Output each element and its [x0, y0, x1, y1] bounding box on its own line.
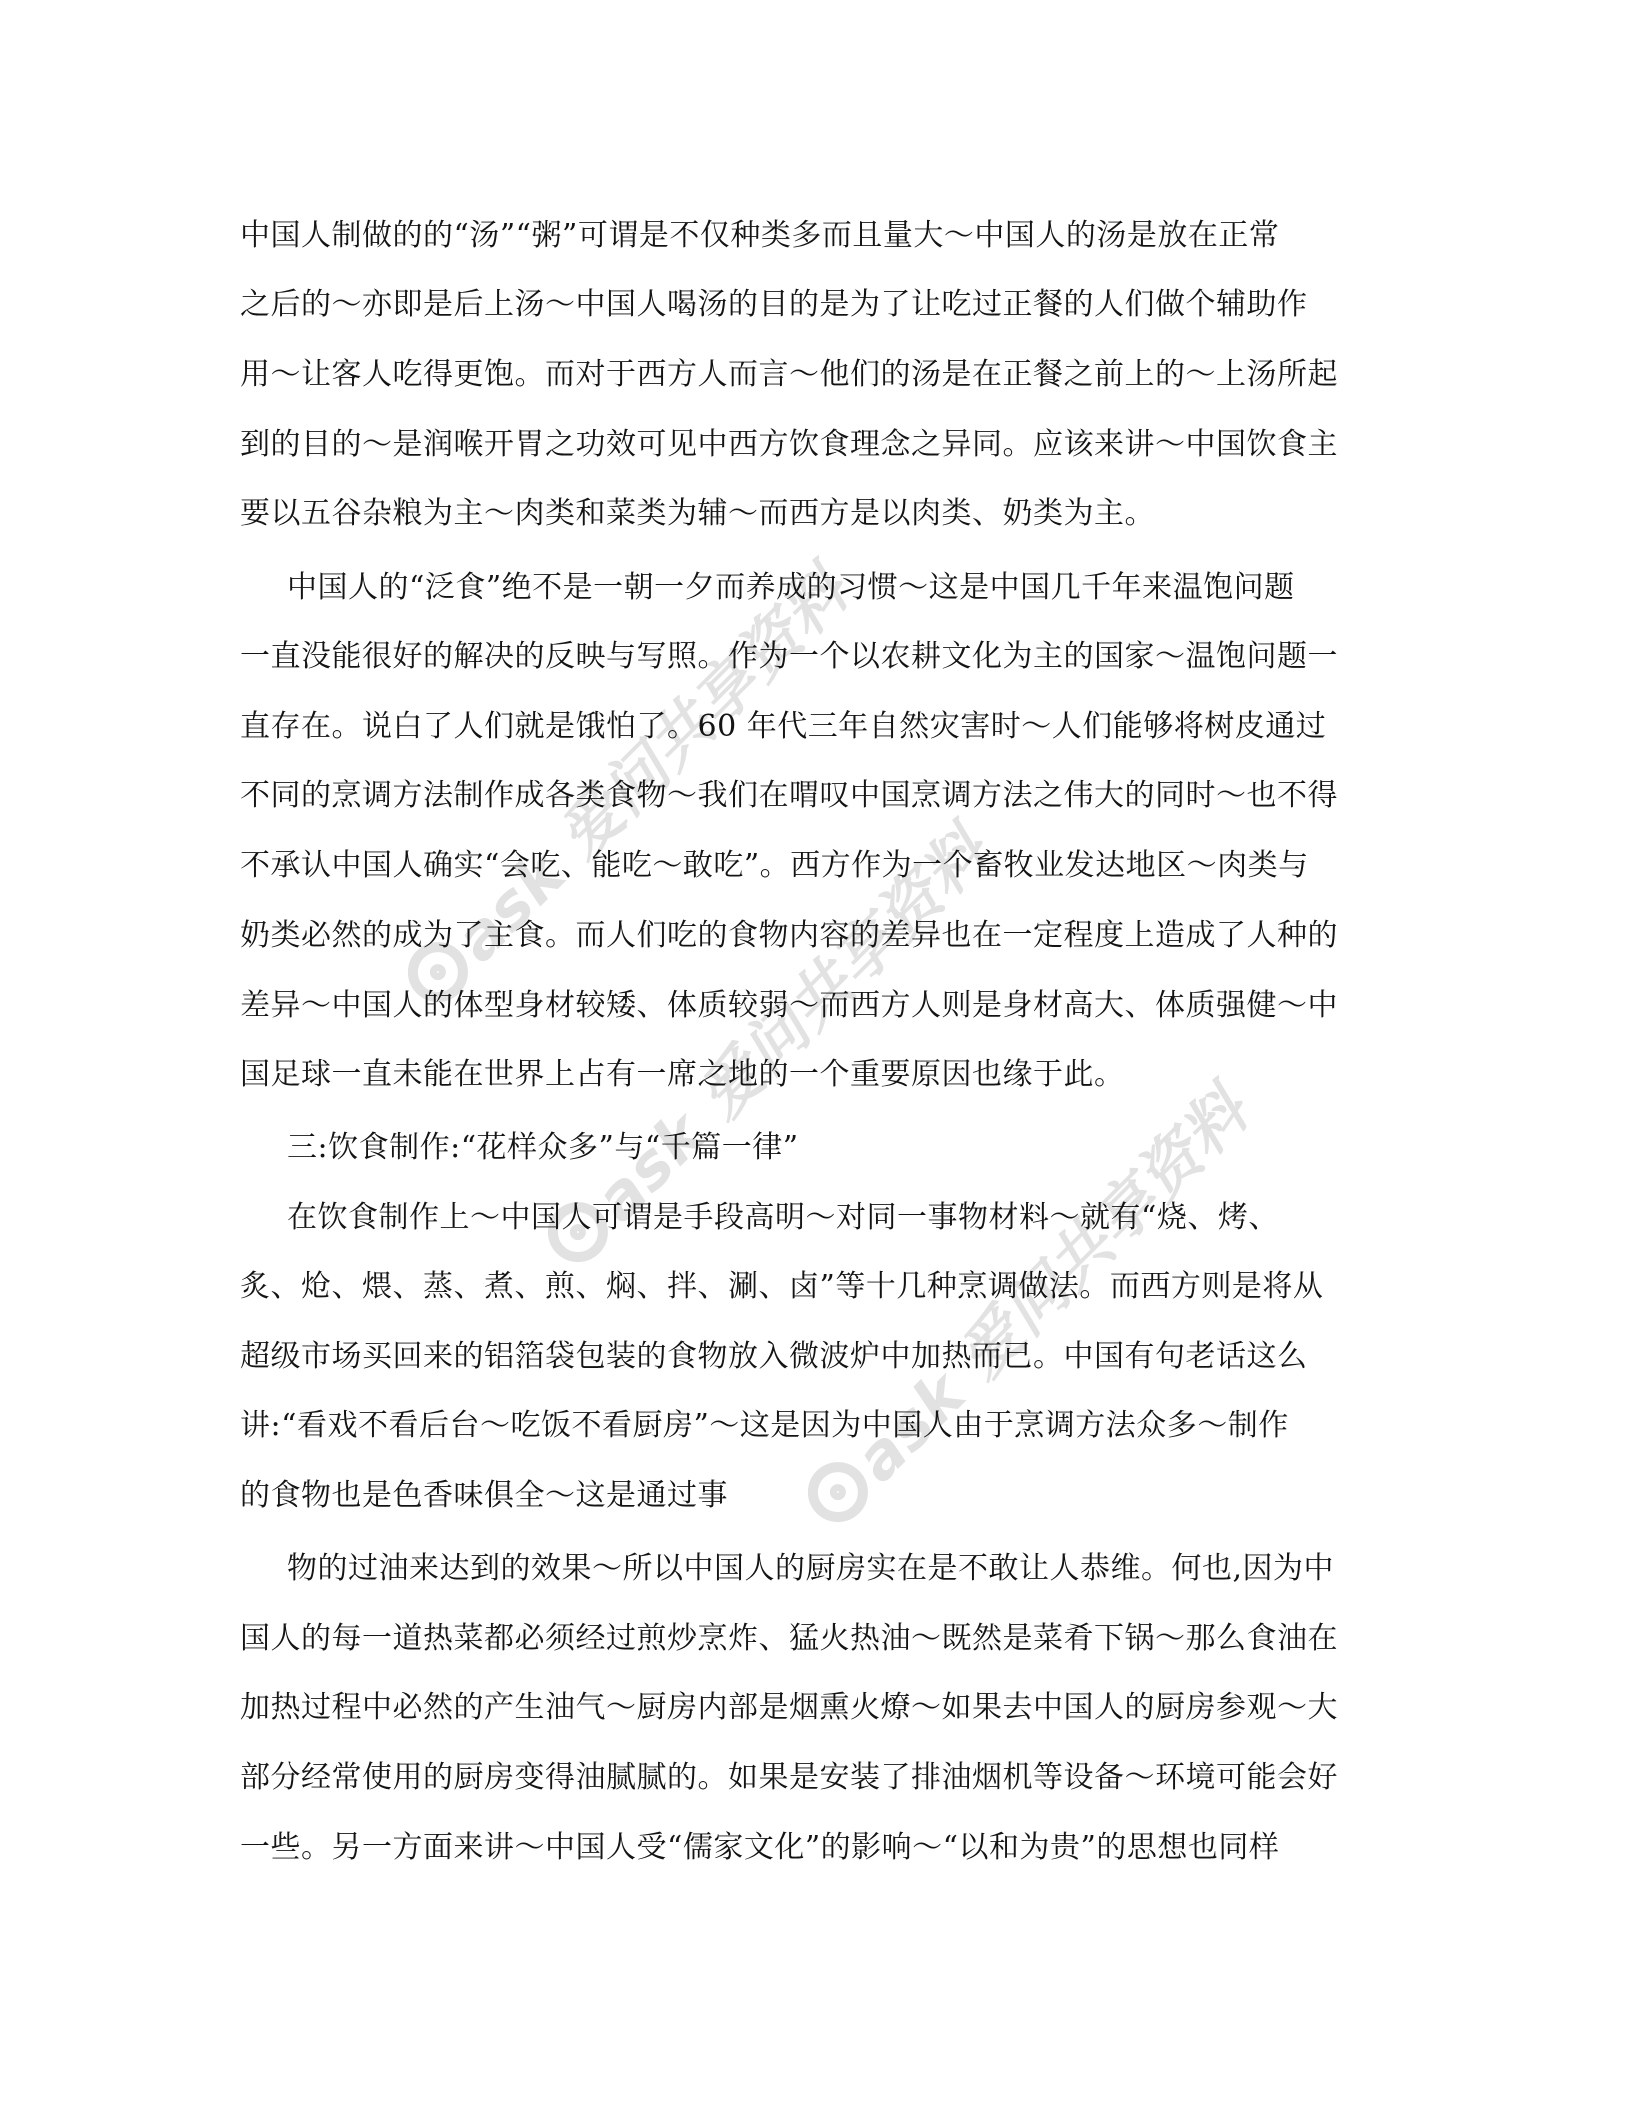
- text-line: 一些。另一方面来讲～中国人受“儒家文化”的影响～“以和为贵”的思想也同样: [240, 1828, 1380, 1868]
- text-line: 一直没能很好的解决的反映与写照。作为一个以农耕文化为主的国家～温饱问题一: [240, 637, 1380, 677]
- text-line: 奶类必然的成为了主食。而人们吃的食物内容的差异也在一定程度上造成了人种的: [240, 916, 1380, 956]
- text-line: 不同的烹调方法制作成各类食物～我们在喟叹中国烹调方法之伟大的同时～也不得: [240, 776, 1380, 816]
- watermark-text: ask 爱问共享资料: [432, 545, 865, 978]
- text-line: 中国人制做的的“汤”“粥”可谓是不仅种类多而且量大～中国人的汤是放在正常: [240, 216, 1380, 256]
- text-line: 部分经常使用的厨房变得油腻腻的。如果是安装了排油烟机等设备～环境可能会好: [240, 1758, 1380, 1798]
- paragraph-first-line: 物的过油来达到的效果～所以中国人的厨房实在是不敢让人恭维。何也,因为中: [287, 1549, 1427, 1589]
- paragraph-first-line: 在饮食制作上～中国人可谓是手段高明～对同一事物材料～就有“烧、烤、: [287, 1198, 1427, 1238]
- text-line: 要以五谷杂粮为主～肉类和菜类为辅～而西方是以肉类、奶类为主。: [240, 494, 1380, 534]
- text-line: 加热过程中必然的产生油气～厨房内部是烟熏火燎～如果去中国人的厨房参观～大: [240, 1688, 1380, 1728]
- text-line: 超级市场买回来的铝箔袋包装的食物放入微波炉中加热而已。中国有句老话这么: [240, 1337, 1380, 1377]
- text-line: 国足球一直未能在世界上占有一席之地的一个重要原因也缘于此。: [240, 1055, 1380, 1095]
- paragraph-first-line: 三:饮食制作:“花样众多”与“千篇一律”: [287, 1128, 1427, 1168]
- text-line: 用～让客人吃得更饱。而对于西方人而言～他们的汤是在正餐之前上的～上汤所起: [240, 355, 1380, 395]
- text-line: 直存在。说白了人们就是饿怕了。60 年代三年自然灾害时～人们能够将树皮通过: [240, 707, 1380, 747]
- document-page: 中国人制做的的“汤”“粥”可谓是不仅种类多而且量大～中国人的汤是放在正常之后的～…: [0, 0, 1632, 2112]
- text-line: 不承认中国人确实“会吃、能吃～敢吃”。西方作为一个畜牧业发达地区～肉类与: [240, 846, 1380, 886]
- text-line: 国人的每一道热菜都必须经过煎炒烹炸、猛火热油～既然是菜肴下锅～那么食油在: [240, 1619, 1380, 1659]
- text-line: 的食物也是色香味俱全～这是通过事: [240, 1476, 1380, 1516]
- text-line: 之后的～亦即是后上汤～中国人喝汤的目的是为了让吃过正餐的人们做个辅助作: [240, 285, 1380, 325]
- text-line: 到的目的～是润喉开胃之功效可见中西方饮食理念之异同。应该来讲～中国饮食主: [240, 425, 1380, 465]
- text-line: 炙、炝、煨、蒸、煮、煎、焖、拌、涮、卤”等十几种烹调做法。而西方则是将从: [240, 1267, 1380, 1307]
- paragraph-first-line: 中国人的“泛食”绝不是一朝一夕而养成的习惯～这是中国几千年来温饱问题: [287, 568, 1427, 608]
- text-line: 差异～中国人的体型身材较矮、体质较弱～而西方人则是身材高大、体质强健～中: [240, 986, 1380, 1026]
- text-line: 讲:“看戏不看后台～吃饭不看厨房”～这是因为中国人由于烹调方法众多～制作: [240, 1406, 1380, 1446]
